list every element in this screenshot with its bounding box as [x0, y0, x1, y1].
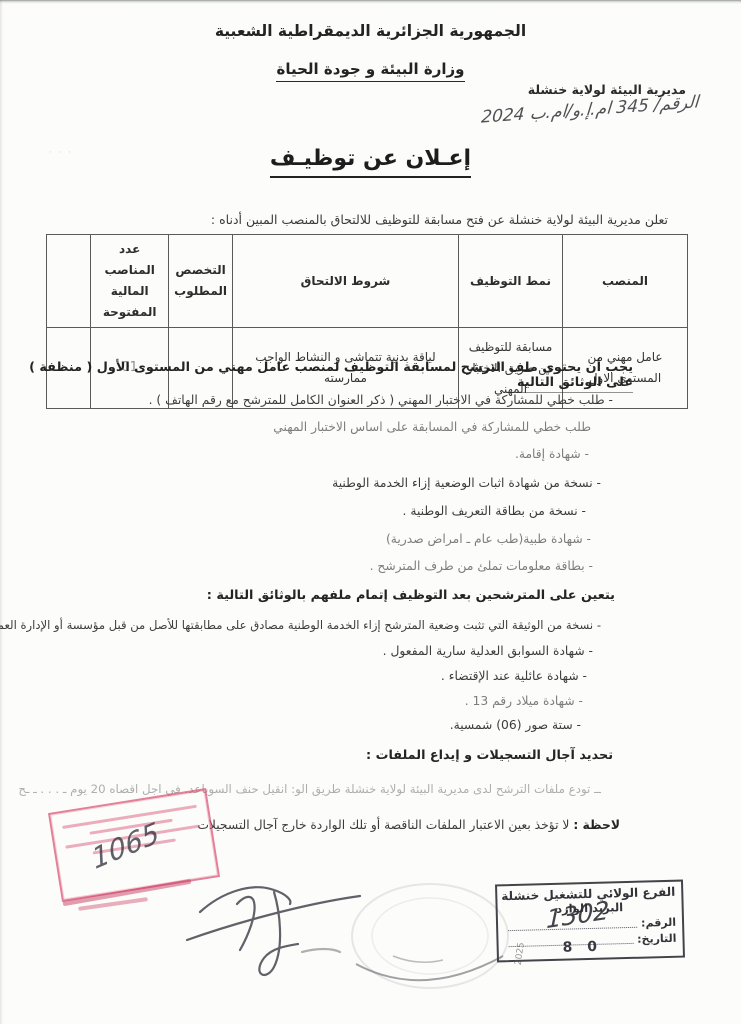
document-title-text: إعـلان عن توظيـف [270, 146, 471, 178]
republic-heading: الجمهورية الجزائرية الديمقراطية الشعبية [0, 22, 741, 40]
col-recruitment-mode: نمط التوظيف [459, 235, 563, 328]
section3-body-faded: ــ تودع ملفات الترشح لدى مديرية البيئة ل… [18, 782, 601, 796]
faint-round-stamp [338, 878, 518, 1013]
section1-heading-main: يجب أن يحتوي ملف الترشح لمسابقة التوظيف … [29, 360, 633, 375]
stamped-date-year: 2025 [514, 942, 527, 966]
list-item: - شهادة إقامة. [515, 447, 589, 461]
list-item: - شهادة ميلاد رقم 13 . [465, 694, 583, 708]
list-item: طلب خطي للمشاركة في المسابقة على اساس ال… [273, 420, 591, 434]
list-item: - شهادة عائلية عند الإقتضاء . [441, 669, 587, 683]
col-cutoff [47, 235, 91, 328]
office-ink-stamp: الفرع الولائي للتشغيل خنشلة البريد الوار… [495, 880, 685, 963]
intro-line: تعلن مديرية البيئة لولاية خنشلة عن فتح م… [211, 212, 668, 227]
col-conditions: شروط الالتحاق [233, 235, 459, 328]
list-item: - نسخة من شهادة اثبات الوضعية إزاء الخدم… [332, 476, 601, 490]
col-specialty: التخصص المطلوب [169, 235, 233, 328]
ministry-heading-text: وزارة البيئة و جودة الحياة [276, 60, 464, 82]
list-item: - طلب خطي للمشاركة في الاختبار المهني ( … [149, 393, 613, 407]
list-item: - شهادة السوابق العدلية سارية المفعول . [383, 644, 593, 658]
ministry-heading: وزارة البيئة و جودة الحياة [0, 60, 741, 78]
note-line: لاحظة : لا تؤخذ بعين الاعتبار الملفات ال… [197, 818, 620, 832]
note-label: لاحظة : [573, 818, 620, 832]
note-text: لا تؤخذ بعين الاعتبار الملفات الناقصة أو… [197, 818, 573, 832]
document-title: إعـلان عن توظيـف [0, 146, 741, 171]
table-header-row: المنصب نمط التوظيف شروط الالتحاق التخصص … [47, 235, 688, 328]
col-position: المنصب [563, 235, 688, 328]
office-stamp-date-label: التاريخ: [637, 932, 677, 946]
list-item: - نسخة من الوثيقة التي تثبت وضعية المترش… [0, 618, 601, 632]
office-stamp-number-label: الرقم: [641, 916, 676, 930]
section1-heading: يجب أن يحتوي ملف الترشح لمسابقة التوظيف … [0, 360, 633, 390]
scanned-document-page: · · · الجمهورية الجزائرية الديمقراطية ال… [0, 0, 741, 1024]
list-item: - شهادة طبية(طب عام ـ امراض صدرية) [386, 532, 591, 546]
handwritten-receipt-number: 1065 [89, 816, 162, 876]
handwritten-reference-number: الرقم/ 345 ام.إ.و/ام.ب 2024 [481, 92, 700, 127]
section3-heading: تحديد آجال التسجيلات و إيداع الملفات : [366, 748, 613, 763]
list-item: - بطاقة معلومات تملئ من طرف المترشح . [370, 559, 593, 573]
stamped-date-day: 0 8 [562, 939, 602, 956]
col-open-posts: عدد المناصب المالية المفتوحة [91, 235, 169, 328]
section2-heading: يتعين على المترشحين بعد التوظيف إتمام مل… [207, 588, 615, 603]
list-item: - نسخة من بطاقة التعريف الوطنية . [403, 504, 586, 518]
list-item: - ستة صور (06) شمسية. [450, 718, 581, 732]
scan-artifact-top-edge [0, 0, 741, 4]
section1-heading-tail: على الوثائق التالية [517, 375, 633, 393]
